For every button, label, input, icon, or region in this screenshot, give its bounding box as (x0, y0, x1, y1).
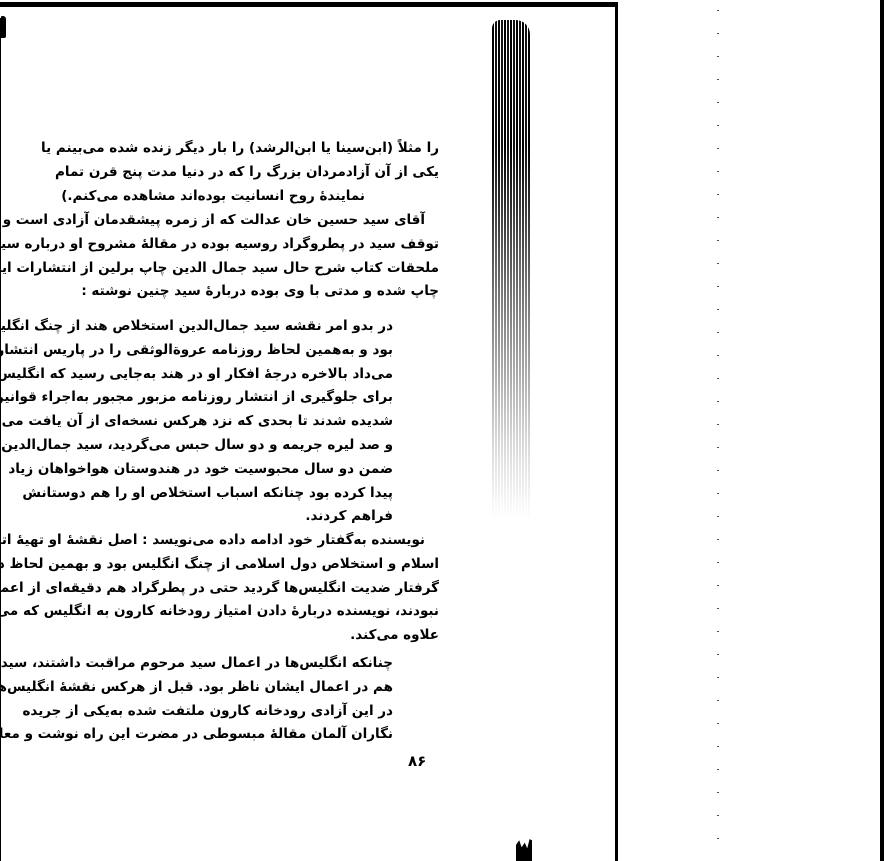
quote-line: در این آزادی رودخانه کارون ملتفت شده به‌… (45, 700, 393, 724)
text-line: ملحقات کتاب شرح حال سید جمال الدین چاپ ب… (45, 257, 439, 281)
text-line: اسلام و استخلاص دول اسلامی از چنگ انگلیس… (45, 553, 439, 577)
quotation-block: در بدو امر نقشه سید جمال‌الدین استخلاص ه… (45, 315, 393, 529)
text-line: نمایندهٔ روح انسانیت بوده‌اند مشاهده می‌… (45, 185, 439, 209)
quote-line: نگاران آلمان مقالهٔ مبسوطی در مضرت این ر… (45, 723, 393, 747)
paragraph-1: را مثلاً (ابن‌سینا یا ابن‌الرشد) را بار … (45, 137, 439, 208)
quote-line: پیدا کرده بود چنانکه اسباب استخلاص او را… (45, 482, 393, 506)
page-right-border (615, 2, 618, 861)
text-line: نبودند، نویسنده دربارهٔ دادن امتیاز رودخ… (45, 600, 439, 624)
text-line: را مثلاً (ابن‌سینا یا ابن‌الرشد) را بار … (45, 137, 439, 161)
quote-line: در بدو امر نقشه سید جمال‌الدین استخلاص ه… (45, 315, 393, 339)
book-binding-shadow (492, 20, 530, 520)
text-line: توقف سید در پطروگراد روسیه بوده در مقاله… (45, 233, 439, 257)
quote-line: فراهم کردند. (45, 505, 393, 529)
quote-line: می‌داد بالاخره درجهٔ افکار او در هند به‌… (45, 363, 393, 387)
text-line: آقای سید حسین خان عدالت که از زمره پیشقد… (45, 209, 439, 233)
quote-line: و صد لیره جریمه و دو سال حبس می‌گردید، س… (45, 434, 393, 458)
quote-line: برای جلوگیری از انتشار روزنامه مزبور مجب… (45, 386, 393, 410)
text-line: چاپ شده و مدتی با وی بوده دربارهٔ سید چن… (45, 280, 439, 304)
paragraph-2: آقای سید حسین خان عدالت که از زمره پیشقد… (45, 209, 439, 304)
quote-line: ضمن دو سال محبوسیت خود در هندوستان هواخو… (45, 458, 393, 482)
text-line: گرفتار ضدیت انگلیس‌ها گردید حتی در پطرگر… (45, 577, 439, 601)
scan-artifact-mark (1, 16, 6, 38)
scan-noise-dots (717, 10, 719, 850)
text-line: نویسنده به‌گفتار خود ادامه داده می‌نویسد… (45, 529, 439, 553)
page-top-border (0, 2, 618, 7)
text-line: علاوه می‌کند. (45, 624, 439, 648)
page-number: ۸۶ (408, 752, 426, 770)
binding-shadow-foot (516, 838, 532, 861)
quote-line: هم در اعمال ایشان ناظر بود. قبل از هرکس … (45, 676, 393, 700)
text-line: یکی از آن آزادمردان بزرگ را که در دنیا م… (45, 161, 439, 185)
scan-edge-bar (880, 0, 884, 861)
quotation-block-2: چنانکه انگلیس‌ها در اعمال سید مرحوم مراق… (45, 652, 393, 747)
quote-line: شدیده شدند تا بحدی که نزد هرکس نسخه‌ای ا… (45, 410, 393, 434)
quote-line: بود و به‌همین لحاظ روزنامه عروةالوثقی را… (45, 339, 393, 363)
quote-line: چنانکه انگلیس‌ها در اعمال سید مرحوم مراق… (45, 652, 393, 676)
paragraph-3: نویسنده به‌گفتار خود ادامه داده می‌نویسد… (45, 529, 439, 648)
